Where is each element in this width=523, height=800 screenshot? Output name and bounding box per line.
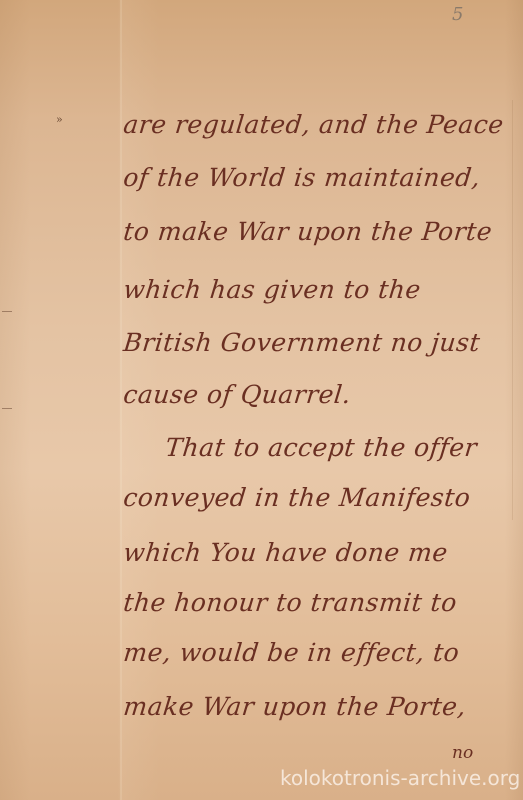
text-line: which has given to the: [122, 275, 422, 304]
paper-fold-line: [120, 0, 122, 800]
manuscript-page: 5 » are regulated, and the Peace of the …: [0, 0, 523, 800]
paper-edge-shadow: [512, 100, 513, 520]
text-line: British Government no just: [122, 328, 482, 357]
text-line: make War upon the Porte,: [122, 692, 468, 721]
margin-tick: [2, 408, 12, 409]
text-line: are regulated, and the Peace: [122, 110, 505, 139]
text-line: which You have done me: [122, 538, 449, 567]
text-line: me, would be in effect, to: [122, 638, 461, 667]
watermark: kolokotronis-archive.org: [280, 766, 520, 790]
margin-mark: »: [56, 113, 62, 126]
text-line: cause of Quarrel.: [122, 380, 353, 409]
text-line: conveyed in the Manifesto: [122, 483, 472, 512]
text-line: of the World is maintained,: [122, 163, 482, 192]
margin-tick: [2, 311, 12, 312]
text-line: the honour to transmit to: [122, 588, 458, 617]
text-line-indented: That to accept the offer: [164, 433, 479, 462]
page-number: 5: [452, 4, 463, 25]
text-line: to make War upon the Porte: [122, 217, 494, 246]
catchword: no: [452, 743, 473, 763]
